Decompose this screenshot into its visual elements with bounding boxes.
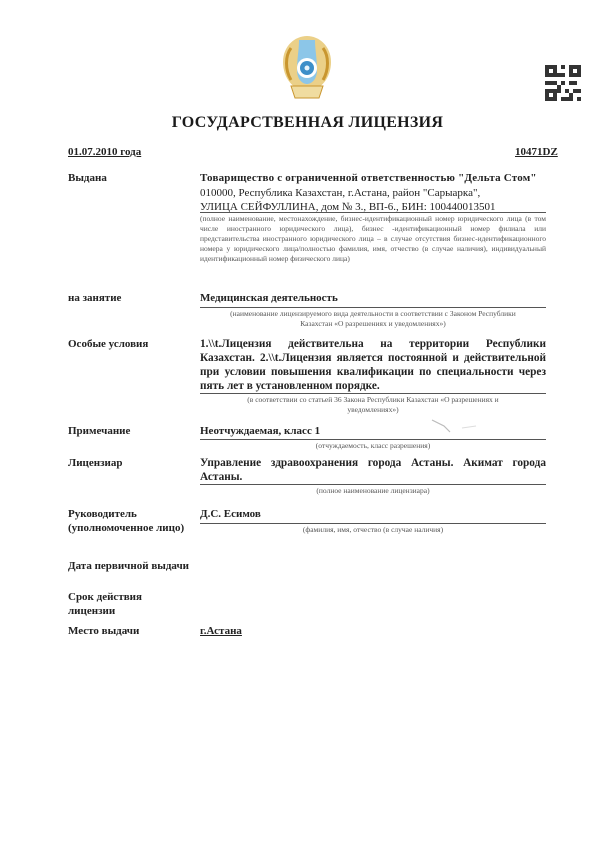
special-conditions-label: Особые условия (68, 337, 148, 351)
place-label: Место выдачи (68, 624, 139, 638)
activity-label: на занятие (68, 291, 121, 305)
place-value: г.Астана (200, 624, 242, 638)
note-label: Примечание (68, 424, 130, 438)
head-caption: (фамилия, имя, отчество (в случае наличи… (200, 525, 546, 535)
activity-value: Медицинская деятельность (200, 291, 546, 305)
first-issue-date-label: Дата первичной выдачи (68, 559, 189, 573)
issued-to-label: Выдана (68, 171, 107, 185)
head-label-line2: (уполномоченное лицо) (68, 521, 184, 535)
head-value: Д.С. Есимов (200, 507, 546, 521)
license-date: 01.07.2010 года (68, 146, 141, 158)
issued-to-name: Товарищество с ограниченной ответственно… (200, 171, 546, 185)
special-conditions-caption: (в соответствии со статьей 36 Закона Рес… (200, 395, 546, 415)
validity-label-line1: Срок действия (68, 590, 142, 604)
divider (200, 484, 546, 485)
license-number: 10471DZ (515, 146, 558, 158)
activity-caption: (наименование лицензируемого вида деятел… (200, 309, 546, 329)
divider (200, 212, 546, 213)
divider (200, 307, 546, 308)
licensor-label: Лицензиар (68, 456, 122, 470)
licensor-caption: (полное наименование лицензиара) (200, 486, 546, 496)
divider (200, 393, 546, 394)
head-label-line1: Руководитель (68, 507, 184, 521)
divider (200, 439, 546, 440)
issued-to-address: 010000, Республика Казахстан, г.Астана, … (200, 186, 520, 214)
validity-label: Срок действия лицензии (68, 590, 142, 618)
pen-mark (430, 418, 480, 438)
note-caption: (отчуждаемость, класс разрешения) (200, 441, 546, 451)
state-emblem-icon (277, 30, 337, 102)
document-title: ГОСУДАРСТВЕННАЯ ЛИЦЕНЗИЯ (0, 114, 615, 132)
qr-code-icon (545, 65, 581, 101)
special-conditions-value: 1.\\t.Лицензия действительна на территор… (200, 337, 546, 393)
licensor-value: Управление здравоохранения города Астаны… (200, 456, 546, 484)
note-value: Неотчуждаемая, класс 1 (200, 424, 546, 438)
issued-to-caption: (полное наименование, местонахождение, б… (200, 214, 546, 264)
validity-label-line2: лицензии (68, 604, 142, 618)
divider (200, 523, 546, 524)
head-label: Руководитель (уполномоченное лицо) (68, 507, 184, 535)
